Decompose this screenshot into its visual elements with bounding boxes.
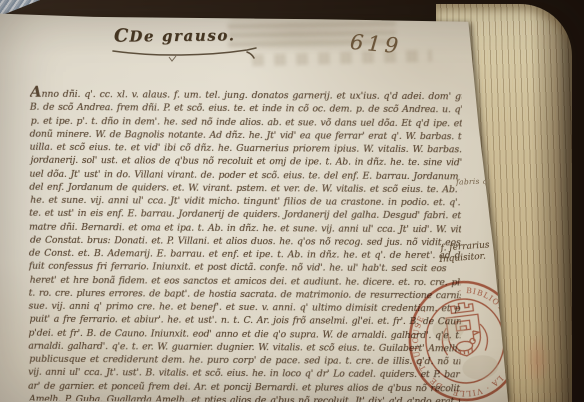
body-line: p. et ipe. p'. t. dño in dem'. he. sed n… <box>31 114 462 130</box>
body-line: he. et sune. vij. anni ul' cca. Jt' vidi… <box>30 194 462 210</box>
margin-note-fabris: fabris q° <box>456 176 492 186</box>
body-line: puit' a fre ferrario. et abiur'. he. et … <box>29 313 461 329</box>
body-line: jordanerij. sol' ust. et alios de q'bus … <box>30 154 461 170</box>
manuscript-photo: CDe grauso. 619 ’ Anno dñi. q'. cc. xl. … <box>0 0 584 402</box>
paraph-mark: C <box>114 25 129 46</box>
body-line: de Constat. brus: Donati. et. P. Villani… <box>30 233 462 249</box>
body-line: publicusque et crediderunt dem. he. puro… <box>29 353 461 369</box>
stamp-ink-transfer <box>524 330 550 390</box>
folio-number: 619 <box>349 30 403 58</box>
library-stamp-icon: · BIBLIOTHEQUE · DE · LA · VILLE · DE · … <box>398 272 532 402</box>
body-text: Anno dñi. q'. cc. xl. v. alaus. f. um. t… <box>28 86 462 402</box>
body-line: Amelh. P. Guba. Guallarda Amelh. et ptie… <box>29 392 461 402</box>
manuscript-page: CDe grauso. 619 ’ Anno dñi. q'. cc. xl. … <box>0 0 584 402</box>
inquisitor-note-line2: Inquisitor. <box>439 251 491 266</box>
ink-mark: ’ <box>516 18 520 31</box>
ink-offset-smudge-2 <box>252 50 432 67</box>
inquisitor-margin-note: f. ferrarius Inquisitor. <box>440 240 490 265</box>
chapter-heading-text: De grauso. <box>129 26 235 45</box>
chapter-heading: CDe grauso. <box>114 24 236 46</box>
